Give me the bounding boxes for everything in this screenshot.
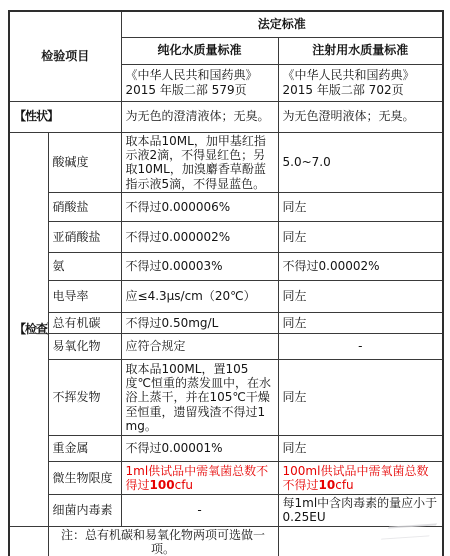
acidity-name: 酸碱度 bbox=[48, 132, 121, 193]
header-legal-standard: 法定标准 bbox=[121, 11, 443, 37]
microbial-name: 微生物限度 bbox=[48, 462, 121, 495]
acidity-injection-value: 5.0~7.0 bbox=[278, 132, 443, 193]
nitrate-injection-value: 同左 bbox=[278, 193, 443, 222]
toc-name: 总有机碳 bbox=[48, 313, 121, 334]
ammonia-purified-value: 不得过0.00003% bbox=[121, 253, 278, 281]
row-ammonia: 氨 不得过0.00003% 不得过0.00002% bbox=[9, 253, 443, 281]
oxidizable-name: 易氧化物 bbox=[48, 334, 121, 360]
microbial-purified-value: 1ml供试品中需氧菌总数不得过100cfu bbox=[121, 462, 278, 495]
appearance-injection-value: 为无色澄明液体；无臭。 bbox=[278, 101, 443, 132]
endotoxin-purified-value: - bbox=[121, 495, 278, 527]
endotoxin-name: 细菌内毒素 bbox=[48, 495, 121, 527]
injection-pharmacopoeia-reference: 《中华人民共和国药典》 2015 年版二部 702页 bbox=[278, 64, 443, 101]
note-row-spacer bbox=[9, 526, 48, 556]
row-acidity: 【检查】 酸碱度 取本品10ML，加甲基红指示液2滴，不得显红色；另取10ML，… bbox=[9, 132, 443, 193]
ammonia-injection-value: 不得过0.00002% bbox=[278, 253, 443, 281]
conductivity-purified-value: 应≤4.3μs/cm（20℃） bbox=[121, 281, 278, 313]
inspection-section-label: 【检查】 bbox=[9, 132, 48, 526]
nitrate-purified-value: 不得过0.000006% bbox=[121, 193, 278, 222]
injection-ref-line1: 《中华人民共和国药典》 bbox=[283, 68, 439, 82]
acidity-purified-value: 取本品10ML，加甲基红指示液2滴，不得显红色；另取10ML，加溴麝香草酚蓝指示… bbox=[121, 132, 278, 193]
nonvolatile-purified-value: 取本品100ML，置105度℃恒重的蒸发皿中，在水浴上蒸干，并在105℃干燥至恒… bbox=[121, 360, 278, 436]
ammonia-name: 氨 bbox=[48, 253, 121, 281]
conductivity-name: 电导率 bbox=[48, 281, 121, 313]
appearance-section-label: 【性状】 bbox=[9, 101, 121, 132]
purified-pharmacopoeia-reference: 《中华人民共和国药典》 2015 年版二部 579页 bbox=[121, 64, 278, 101]
conductivity-injection-value: 同左 bbox=[278, 281, 443, 313]
row-microbial-limit: 微生物限度 1ml供试品中需氧菌总数不得过100cfu 100ml供试品中需氧菌… bbox=[9, 462, 443, 495]
water-quality-standards-table: 检验项目 法定标准 纯化水质量标准 注射用水质量标准 《中华人民共和国药典》 2… bbox=[8, 10, 444, 556]
microbial-injection-value: 100ml供试品中需氧菌总数不得过10cfu bbox=[278, 462, 443, 495]
nitrite-name: 亚硝酸盐 bbox=[48, 222, 121, 253]
toc-purified-value: 不得过0.50mg/L bbox=[121, 313, 278, 334]
heavy-metals-name: 重金属 bbox=[48, 436, 121, 462]
heavy-metals-purified-value: 不得过0.00001% bbox=[121, 436, 278, 462]
nonvolatile-name: 不挥发物 bbox=[48, 360, 121, 436]
row-note: 注：总有机碳和易氧化物两项可选做一项。 bbox=[9, 526, 443, 556]
row-nitrite: 亚硝酸盐 不得过0.000002% 同左 bbox=[9, 222, 443, 253]
endotoxin-injection-value: 每1ml中含肉毒素的量应小于0.25EU bbox=[278, 495, 443, 527]
nitrite-purified-value: 不得过0.000002% bbox=[121, 222, 278, 253]
row-appearance: 【性状】 为无色的澄清液体；无臭。 为无色澄明液体；无臭。 bbox=[9, 101, 443, 132]
row-total-organic-carbon: 总有机碳 不得过0.50mg/L 同左 bbox=[9, 313, 443, 334]
row-heavy-metals: 重金属 不得过0.00001% 同左 bbox=[9, 436, 443, 462]
purified-ref-line1: 《中华人民共和国药典》 bbox=[126, 68, 274, 82]
row-conductivity: 电导率 应≤4.3μs/cm（20℃） 同左 bbox=[9, 281, 443, 313]
water-quality-standards-page: 检验项目 法定标准 纯化水质量标准 注射用水质量标准 《中华人民共和国药典》 2… bbox=[0, 0, 450, 556]
header-purified-water-standard: 纯化水质量标准 bbox=[121, 37, 278, 64]
nonvolatile-injection-value: 同左 bbox=[278, 360, 443, 436]
row-easily-oxidized: 易氧化物 应符合规定 - bbox=[9, 334, 443, 360]
row-nitrate: 硝酸盐 不得过0.000006% 同左 bbox=[9, 193, 443, 222]
oxidizable-injection-value: - bbox=[278, 334, 443, 360]
row-nonvolatile: 不挥发物 取本品100ML，置105度℃恒重的蒸发皿中，在水浴上蒸干，并在105… bbox=[9, 360, 443, 436]
appearance-purified-value: 为无色的澄清液体；无臭。 bbox=[121, 101, 278, 132]
nitrate-name: 硝酸盐 bbox=[48, 193, 121, 222]
table-note: 注：总有机碳和易氧化物两项可选做一项。 bbox=[48, 526, 278, 556]
row-bacterial-endotoxin: 细菌内毒素 - 每1ml中含肉毒素的量应小于0.25EU bbox=[9, 495, 443, 527]
purified-ref-line2: 2015 年版二部 579页 bbox=[126, 83, 274, 97]
nitrite-injection-value: 同左 bbox=[278, 222, 443, 253]
header-injection-water-standard: 注射用水质量标准 bbox=[278, 37, 443, 64]
oxidizable-purified-value: 应符合规定 bbox=[121, 334, 278, 360]
heavy-metals-injection-value: 同左 bbox=[278, 436, 443, 462]
toc-injection-value: 同左 bbox=[278, 313, 443, 334]
injection-ref-line2: 2015 年版二部 702页 bbox=[283, 83, 439, 97]
header-inspection-items: 检验项目 bbox=[9, 11, 121, 101]
